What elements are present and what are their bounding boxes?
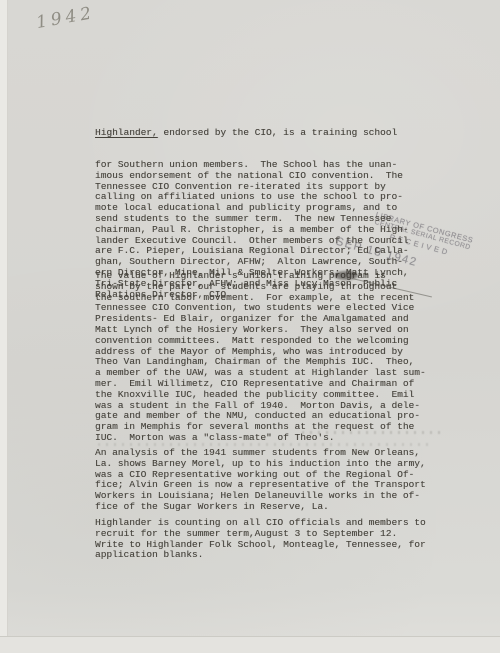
paragraph-3: An analysis of the 1941 summer students … [95, 448, 426, 513]
underlined-lead-word: Highlander, [95, 127, 158, 138]
scan-edge-bottom [0, 636, 500, 653]
paragraph-4: Highlander is counting on all CIO offici… [95, 518, 426, 561]
ghost-print-marks-1 [302, 431, 442, 434]
ghost-print-marks-2 [98, 443, 434, 446]
first-line-rest: endorsed by the CIO, is a training schoo… [158, 127, 397, 138]
scan-edge-left [0, 0, 8, 653]
paragraph-2: The value of Highlander's union training… [95, 271, 426, 444]
paragraph-1-first-line: Highlander, endorsed by the CIO, is a tr… [95, 128, 409, 139]
